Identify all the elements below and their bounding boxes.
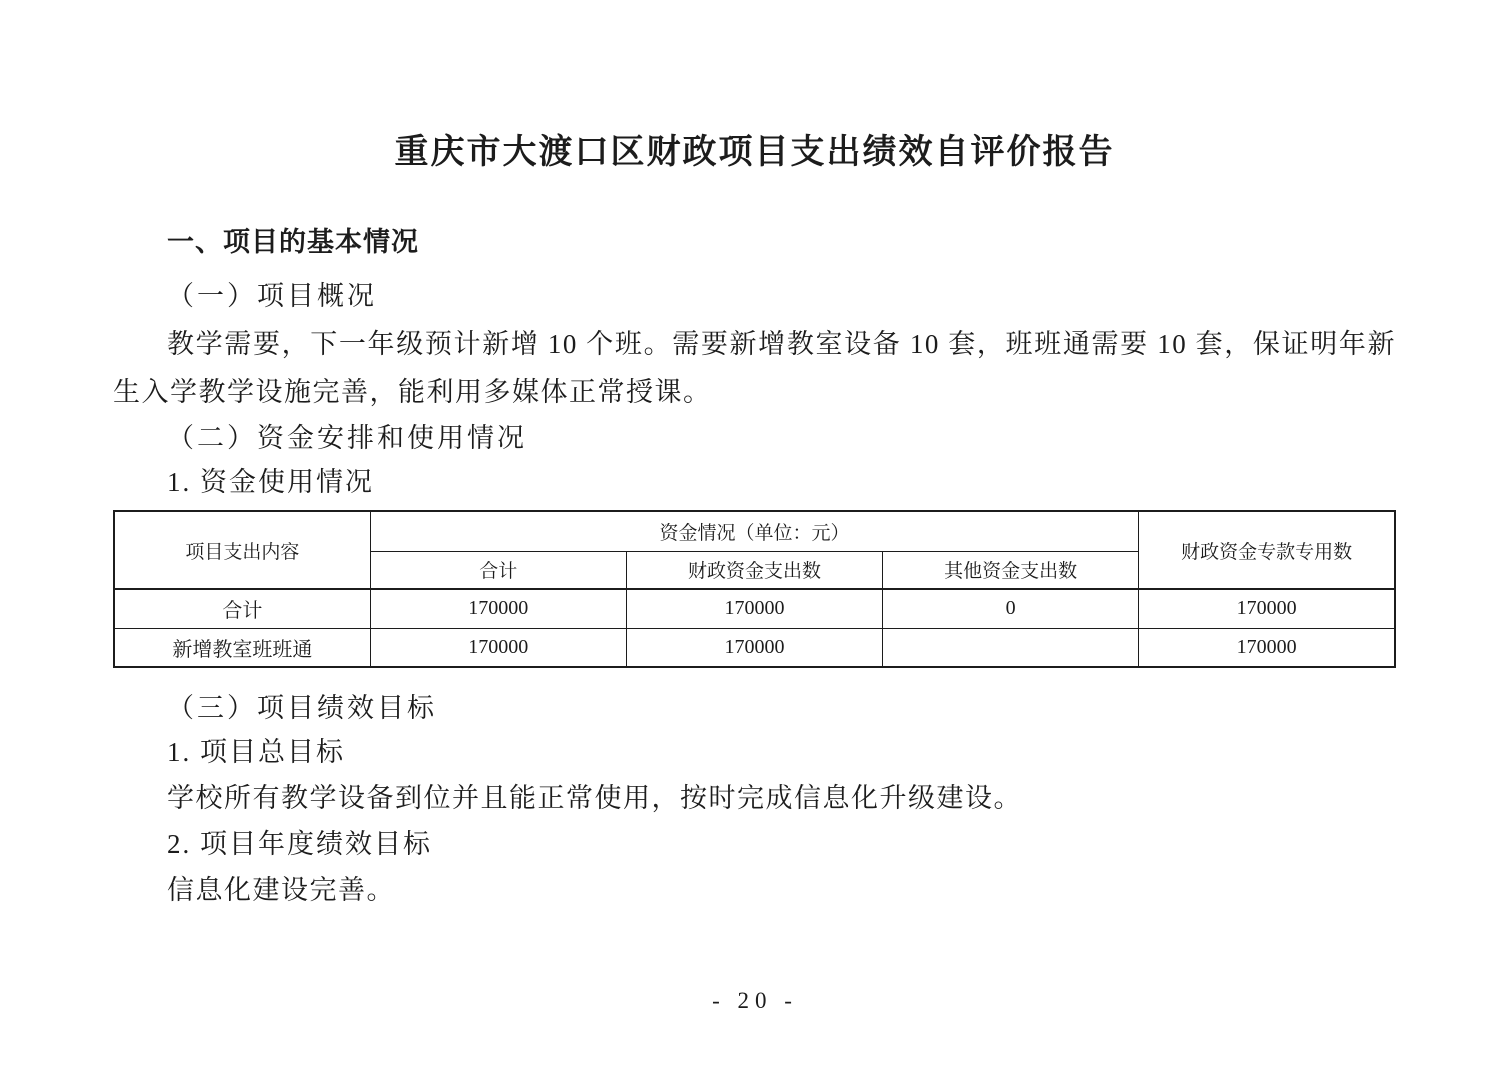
cell-total: 170000 (370, 589, 626, 628)
cell-total: 170000 (370, 628, 626, 667)
paragraph-annual-goal: 信息化建设完善。 (113, 866, 1396, 914)
th-total: 合计 (370, 551, 626, 589)
cell-other: 0 (883, 589, 1139, 628)
list-heading-total-goal: 1. 项目总目标 (113, 730, 1396, 774)
th-special-fund: 财政资金专款专用数 (1139, 511, 1395, 589)
th-other-expense: 其他资金支出数 (883, 551, 1139, 589)
th-fund-info-group: 资金情况（单位：元） (370, 511, 1139, 551)
document-content: 重庆市大渡口区财政项目支出绩效自评价报告 一、项目的基本情况 （一）项目概况 教… (0, 0, 1510, 914)
subsection-heading-overview: （一）项目概况 (113, 272, 1396, 320)
subsection-heading-funds: （二）资金安排和使用情况 (113, 416, 1396, 460)
funding-table: 项目支出内容 资金情况（单位：元） 财政资金专款专用数 合计 财政资金支出数 其… (113, 510, 1396, 668)
table-row-classroom: 新增教室班班通 170000 170000 170000 (114, 628, 1395, 667)
cell-row-name: 新增教室班班通 (114, 628, 370, 667)
table-row-total: 合计 170000 170000 0 170000 (114, 589, 1395, 628)
list-heading-annual-goal: 2. 项目年度绩效目标 (113, 822, 1396, 866)
th-expense-content: 项目支出内容 (114, 511, 370, 589)
cell-special: 170000 (1139, 628, 1395, 667)
paragraph-total-goal: 学校所有教学设备到位并且能正常使用，按时完成信息化升级建设。 (113, 774, 1396, 822)
cell-row-name: 合计 (114, 589, 370, 628)
cell-other (883, 628, 1139, 667)
cell-fiscal: 170000 (626, 628, 882, 667)
th-fiscal-expense: 财政资金支出数 (626, 551, 882, 589)
paragraph-overview: 教学需要，下一年级预计新增 10 个班。需要新增教室设备 10 套，班班通需要 … (113, 320, 1396, 416)
cell-fiscal: 170000 (626, 589, 882, 628)
subsection-heading-goals: （三）项目绩效目标 (113, 686, 1396, 730)
document-page: 重庆市大渡口区财政项目支出绩效自评价报告 一、项目的基本情况 （一）项目概况 教… (0, 0, 1510, 1075)
table-header-row-1: 项目支出内容 资金情况（单位：元） 财政资金专款专用数 (114, 511, 1395, 551)
cell-special: 170000 (1139, 589, 1395, 628)
doc-title: 重庆市大渡口区财政项目支出绩效自评价报告 (113, 130, 1396, 176)
page-number: - 20 - (0, 988, 1510, 1014)
section-heading-basic-info: 一、项目的基本情况 (113, 222, 1396, 262)
list-heading-funds-usage: 1. 资金使用情况 (113, 460, 1396, 504)
